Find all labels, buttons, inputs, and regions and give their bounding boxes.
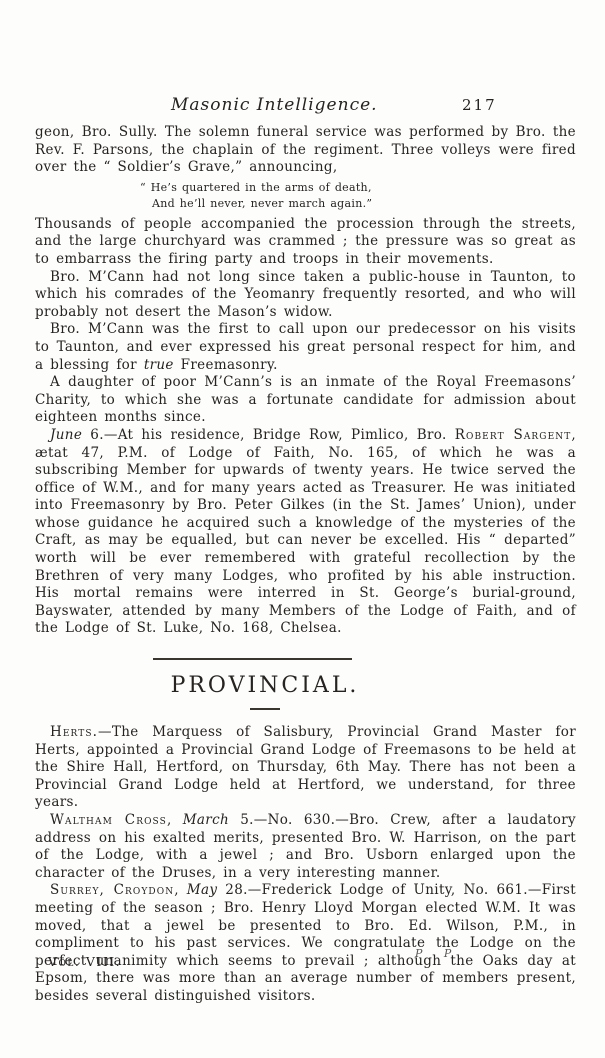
- paragraph-mccann-respect: Bro. M’Cann was the first to call upon o…: [35, 321, 576, 374]
- paragraph-daughter-charity: A daughter of poor M’Cann’s is an inmate…: [35, 374, 576, 427]
- paragraph-funeral-service: geon, Bro. Sully. The solemn funeral ser…: [35, 124, 576, 177]
- section-heading: PROVINCIAL.: [35, 673, 495, 699]
- paragraph-herts: Herts.—The Marquess of Salisbury, Provin…: [35, 724, 576, 812]
- provincial-section-head: PROVINCIAL.: [35, 658, 576, 710]
- paragraph-waltham-cross: Waltham Cross, March 5.—No. 630.—Bro. Cr…: [35, 812, 576, 882]
- verse-line: “ He’s quartered in the arms of death,: [140, 180, 576, 197]
- verse-line: And he’ll never, never march again.”: [152, 196, 576, 213]
- paragraph-sargent-obituary: June 6.—At his residence, Bridge Row, Pi…: [35, 427, 576, 638]
- running-title: Masonic Intelligence.: [171, 95, 378, 115]
- volume-label: Vol. VIII.: [48, 954, 121, 969]
- text-block: geon, Bro. Sully. The solemn funeral ser…: [35, 124, 576, 1006]
- printer-signature-mark: P P: [415, 947, 460, 960]
- page-number: 217: [462, 96, 497, 114]
- paragraph-procession: Thousands of people accompanied the proc…: [35, 216, 576, 269]
- page-footer: Vol. VIII. P P: [35, 951, 577, 969]
- heading-dash-rule: [250, 708, 280, 710]
- scanned-book-page: Masonic Intelligence. 217 geon, Bro. Sul…: [0, 0, 605, 1058]
- verse-quote: “ He’s quartered in the arms of death, A…: [140, 180, 576, 213]
- paragraph-surrey-croydon: Surrey, Croydon, May 28.—Frederick Lodge…: [35, 882, 576, 1005]
- running-head: Masonic Intelligence. 217: [35, 95, 577, 117]
- paragraph-mccann-publichouse: Bro. M’Cann had not long since taken a p…: [35, 269, 576, 322]
- section-divider-rule: [153, 658, 352, 660]
